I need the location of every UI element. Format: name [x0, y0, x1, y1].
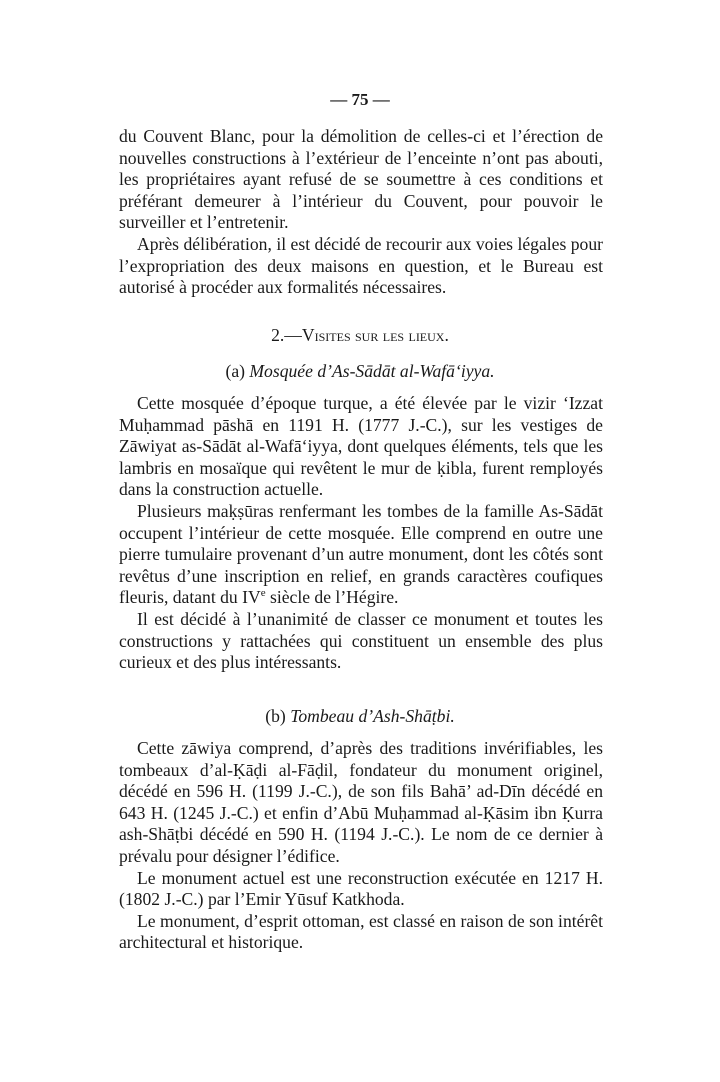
paragraph: Plusieurs maḳṣūras renfermant les tombes… — [119, 501, 603, 609]
section-1-text: du Couvent Blanc, pour la démolition de … — [119, 126, 603, 299]
paragraph: du Couvent Blanc, pour la démolition de … — [119, 126, 603, 234]
section-heading: 2.—Visites sur les lieux. — [0, 325, 720, 346]
section-number: 2.— — [271, 325, 302, 345]
paragraph: Cette mosquée d’époque turque, a été éle… — [119, 393, 603, 501]
paragraph: Après délibération, il est décidé de rec… — [119, 234, 603, 299]
paragraph: Le monument, d’esprit ottoman, est class… — [119, 911, 603, 954]
paragraph: Le monument actuel est une reconstructio… — [119, 868, 603, 911]
subsection-title: Tombeau d’Ash-Shāṭbi. — [290, 706, 455, 726]
subsection-label: (a) — [225, 361, 245, 381]
subsection-label: (b) — [265, 706, 286, 726]
subsection-a-text: Cette mosquée d’époque turque, a été éle… — [119, 393, 603, 674]
subsection-b-heading: (b) Tombeau d’Ash-Shāṭbi. — [0, 706, 720, 727]
paragraph: Il est décidé à l’unanimité de classer c… — [119, 609, 603, 674]
paragraph: Cette zāwiya comprend, d’après des tradi… — [119, 738, 603, 868]
subsection-a-heading: (a) Mosquée d’As-Sādāt al-Wafā‘iyya. — [0, 361, 720, 382]
section-title: Visites sur les lieux. — [302, 325, 449, 345]
subsection-title: Mosquée d’As-Sādāt al-Wafā‘iyya. — [249, 361, 494, 381]
subsection-b-text: Cette zāwiya comprend, d’après des tradi… — [119, 738, 603, 954]
page-number: — 75 — — [0, 90, 720, 110]
